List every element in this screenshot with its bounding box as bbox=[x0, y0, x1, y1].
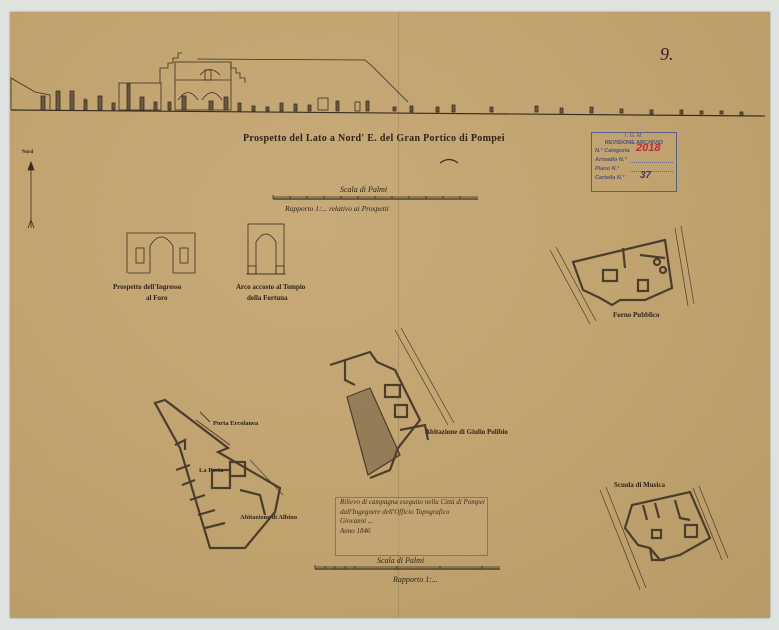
arco-label-2: della Fortuna bbox=[247, 294, 288, 302]
stamp-header-2: REVISIONE ARCHIVIO bbox=[592, 140, 676, 147]
page-number: 9. bbox=[660, 44, 674, 65]
stamp-categoria-label: N.° Categoria bbox=[595, 148, 630, 154]
stamp-categoria-row: N.° Categoria 2018 bbox=[592, 147, 676, 156]
scale-bottom-title: Scala di Palmi bbox=[377, 556, 424, 565]
archival-stamp: I. G. M. REVISIONE ARCHIVIO N.° Categori… bbox=[591, 132, 677, 192]
arco-label-1: Arco accosto al Tempio bbox=[236, 283, 305, 291]
scale-bar-bottom bbox=[315, 565, 500, 569]
arco-fortuna-elevation bbox=[246, 224, 286, 274]
la-posta-label: La Posta bbox=[199, 467, 223, 474]
stamp-categoria-value: 2018 bbox=[636, 144, 660, 153]
scuola-musica-plan bbox=[600, 486, 728, 590]
note-line-2: dall'Ingegnere dell'Officio Topografico bbox=[336, 508, 487, 518]
ingresso-foro-elevation bbox=[127, 233, 195, 273]
stamp-cartella-value: 37 bbox=[640, 171, 651, 180]
north-label: Nord bbox=[22, 150, 33, 155]
forno-pubblico-label: Forno Pubblico bbox=[613, 311, 659, 319]
scuola-musica-label: Scuola di Musica bbox=[614, 481, 665, 489]
stamp-piano-label: Piano N.° bbox=[595, 166, 619, 172]
main-title: Prospetto del Lato a Nord' E. del Gran P… bbox=[243, 133, 505, 144]
note-line-3: Giovanni ... bbox=[336, 517, 487, 527]
ingresso-label-1: Prospetto dell'Ingresso bbox=[113, 283, 181, 291]
giulio-polibio-plan bbox=[330, 328, 454, 478]
note-line-1: Rilievo di campagna eseguito nella Città… bbox=[336, 498, 487, 508]
stamp-armadio-label: Armadio N.° bbox=[595, 157, 627, 163]
stamp-header-1: I. G. M. bbox=[592, 133, 676, 140]
surveyor-note-box: Rilievo di campagna eseguito nella Città… bbox=[335, 497, 488, 556]
stamp-cartella-label: Cartella N.° bbox=[595, 175, 624, 181]
stamp-armadio-blank bbox=[630, 162, 673, 163]
ingresso-label-2: al Foro bbox=[146, 294, 167, 302]
forno-pubblico-plan bbox=[550, 226, 694, 324]
giulio-polibio-label: Abitazione di Giulio Polibio bbox=[425, 428, 508, 436]
abitazione-albino-label: Abitazione di Albino bbox=[240, 514, 297, 521]
stamp-cartella-row: Cartella N.° 37 bbox=[592, 174, 676, 183]
portico-elevation bbox=[11, 53, 765, 116]
scale-top-subtitle: Rapporto 1:... relativo ai Prospetti bbox=[285, 204, 389, 213]
scale-bottom-subtitle: Rapporto 1:... bbox=[393, 575, 438, 584]
scale-bar-top bbox=[273, 195, 478, 199]
stamp-piano-row: Piano N.° bbox=[592, 165, 676, 174]
stamp-piano-blank bbox=[630, 171, 673, 172]
porta-ercolanea-label: Porta Ercolanea bbox=[213, 420, 258, 427]
stamp-armadio-row: Armadio N.° bbox=[592, 156, 676, 165]
scale-top-title: Scala di Palmi bbox=[340, 185, 387, 194]
north-arrow-icon bbox=[28, 162, 34, 228]
note-line-4: Anno 1846 bbox=[336, 527, 487, 537]
